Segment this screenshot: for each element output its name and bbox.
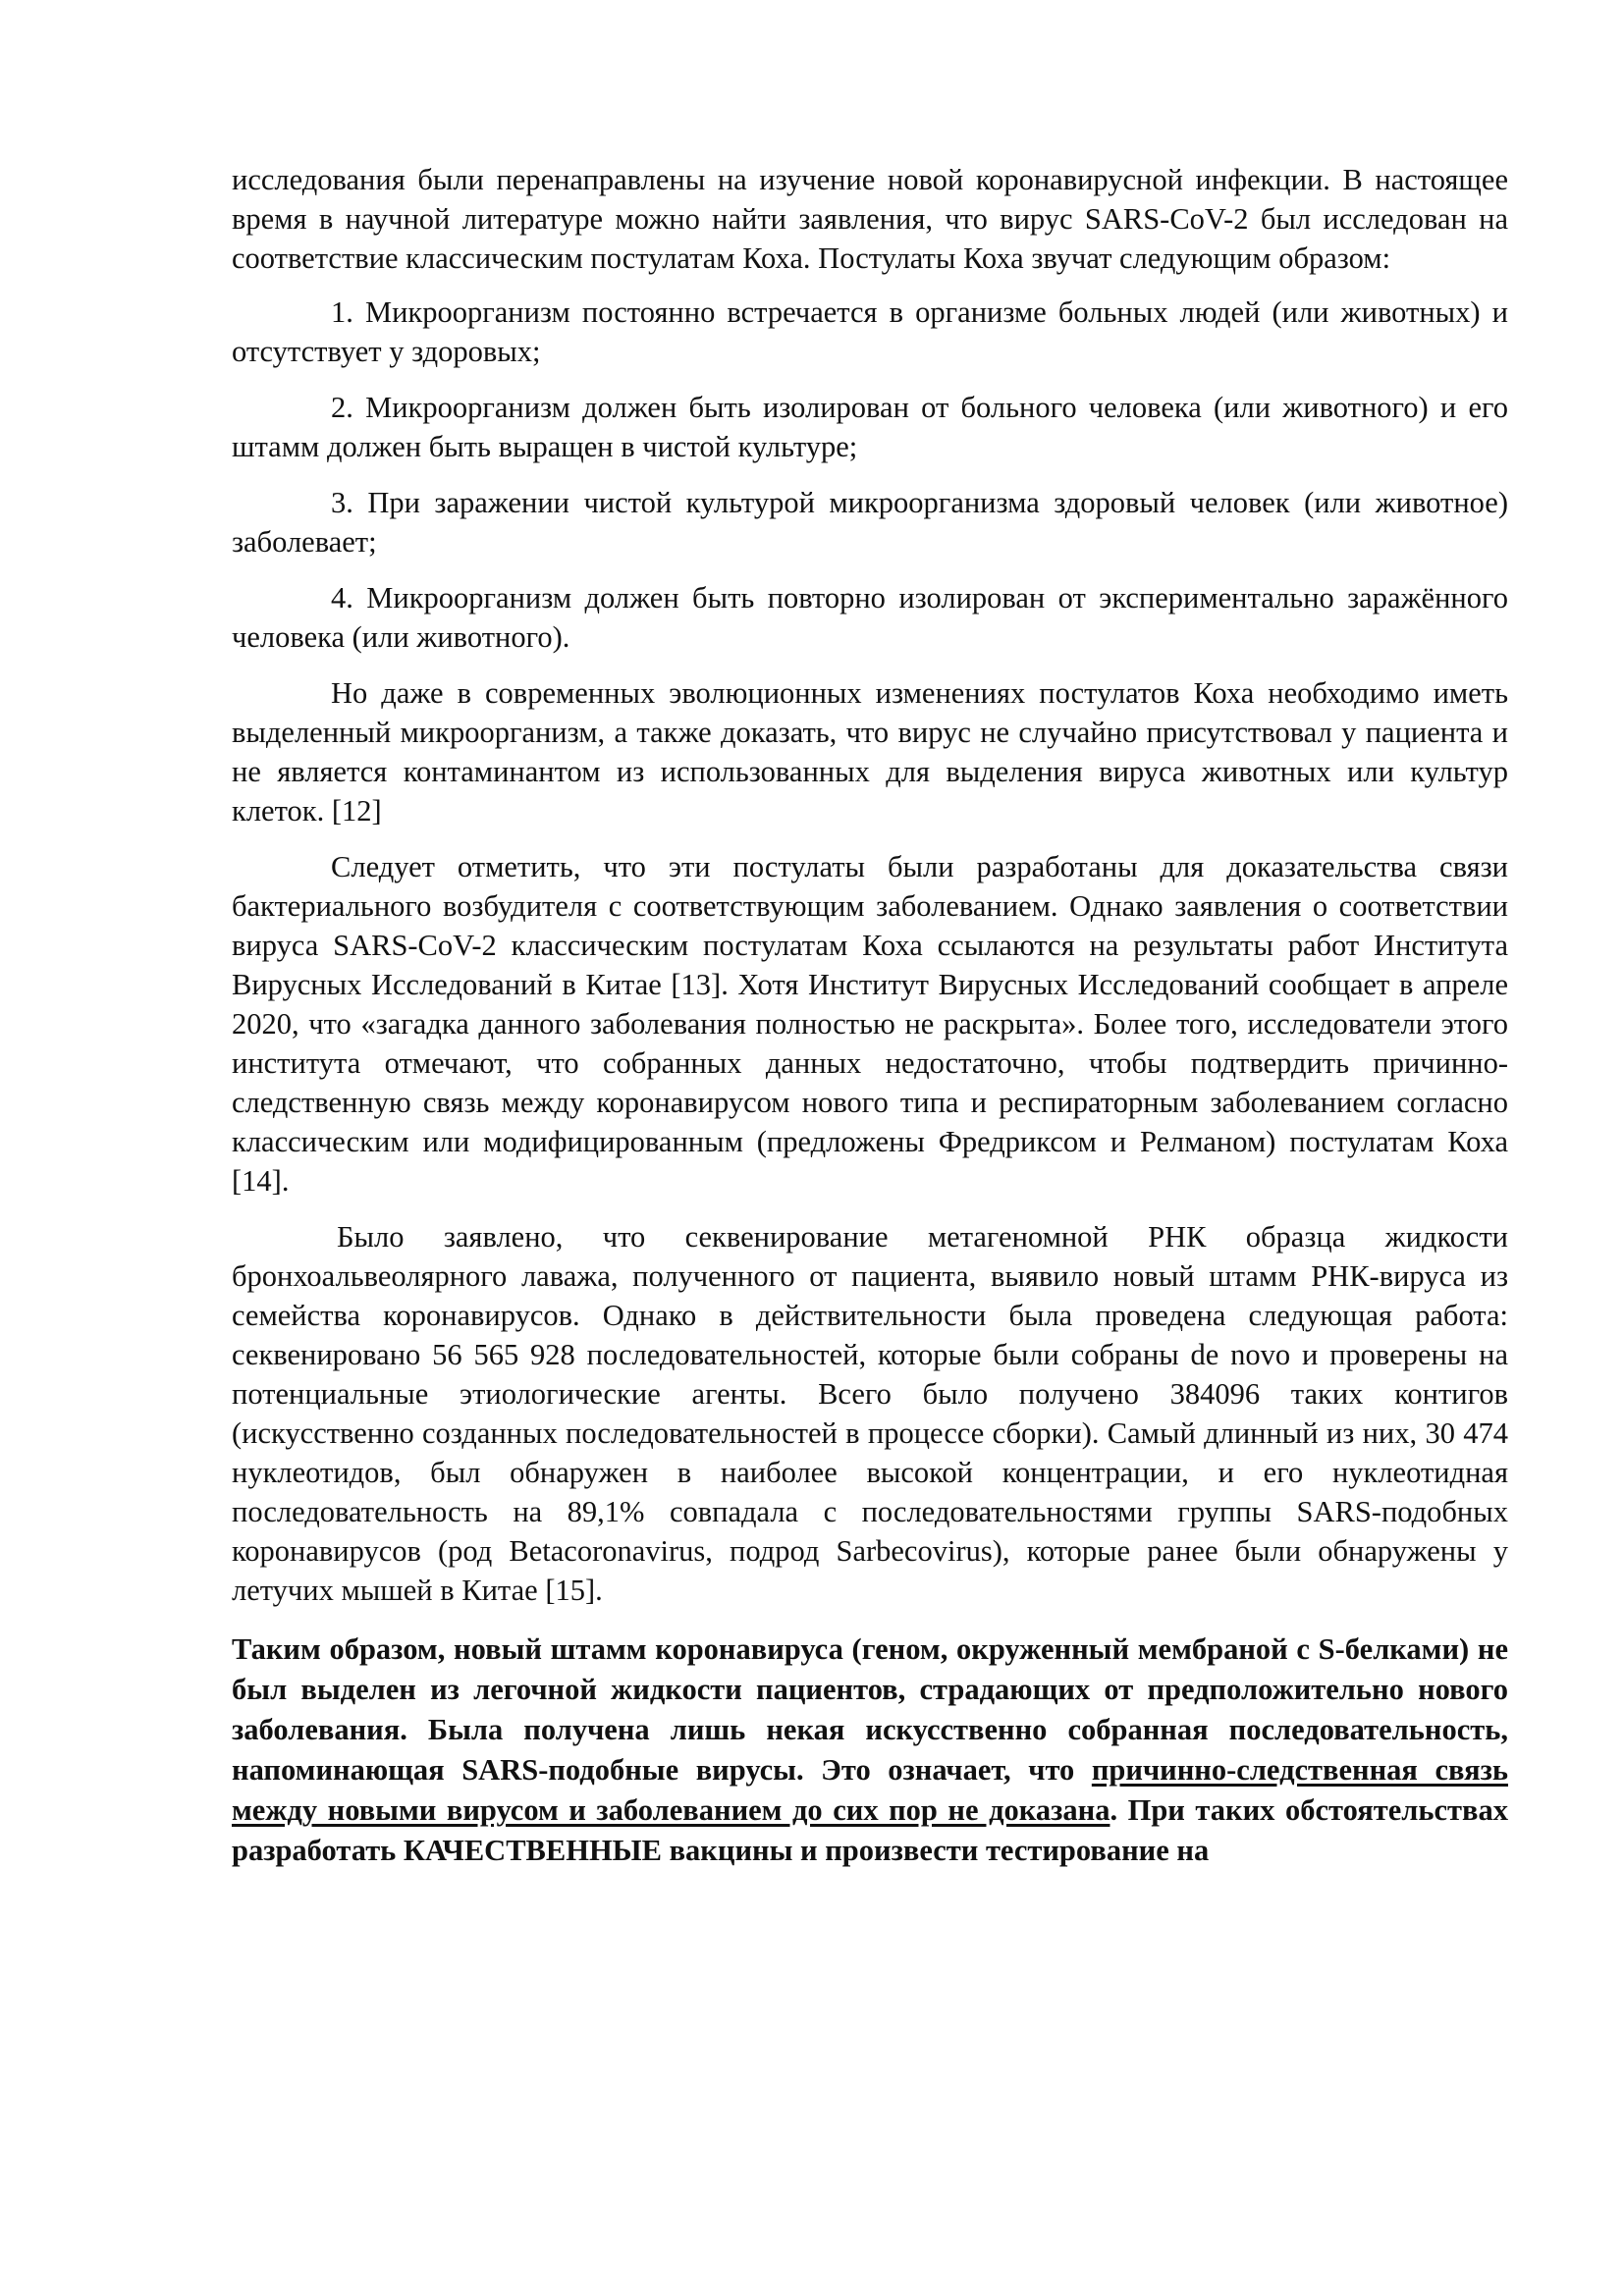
koch-postulate-4: 4. Микроорганизм должен быть повторно из… bbox=[232, 578, 1508, 657]
document-page: исследования были перенаправлены на изуч… bbox=[232, 160, 1508, 1888]
paragraph-modern-postulates: Но даже в современных эволюционных измен… bbox=[232, 673, 1508, 830]
paragraph-intro: исследования были перенаправлены на изуч… bbox=[232, 160, 1508, 278]
paragraph-sequencing: Было заявлено, что секвенирование метаге… bbox=[232, 1217, 1508, 1610]
koch-postulate-2: 2. Микроорганизм должен быть изолирован … bbox=[232, 388, 1508, 466]
paragraph-conclusion: Таким образом, новый штамм коронавируса … bbox=[232, 1629, 1508, 1871]
paragraph-institute-claims: Следует отметить, что эти постулаты были… bbox=[232, 847, 1508, 1201]
koch-postulate-1: 1. Микроорганизм постоянно встречается в… bbox=[232, 293, 1508, 371]
koch-postulate-3: 3. При заражении чистой культурой микроо… bbox=[232, 483, 1508, 561]
